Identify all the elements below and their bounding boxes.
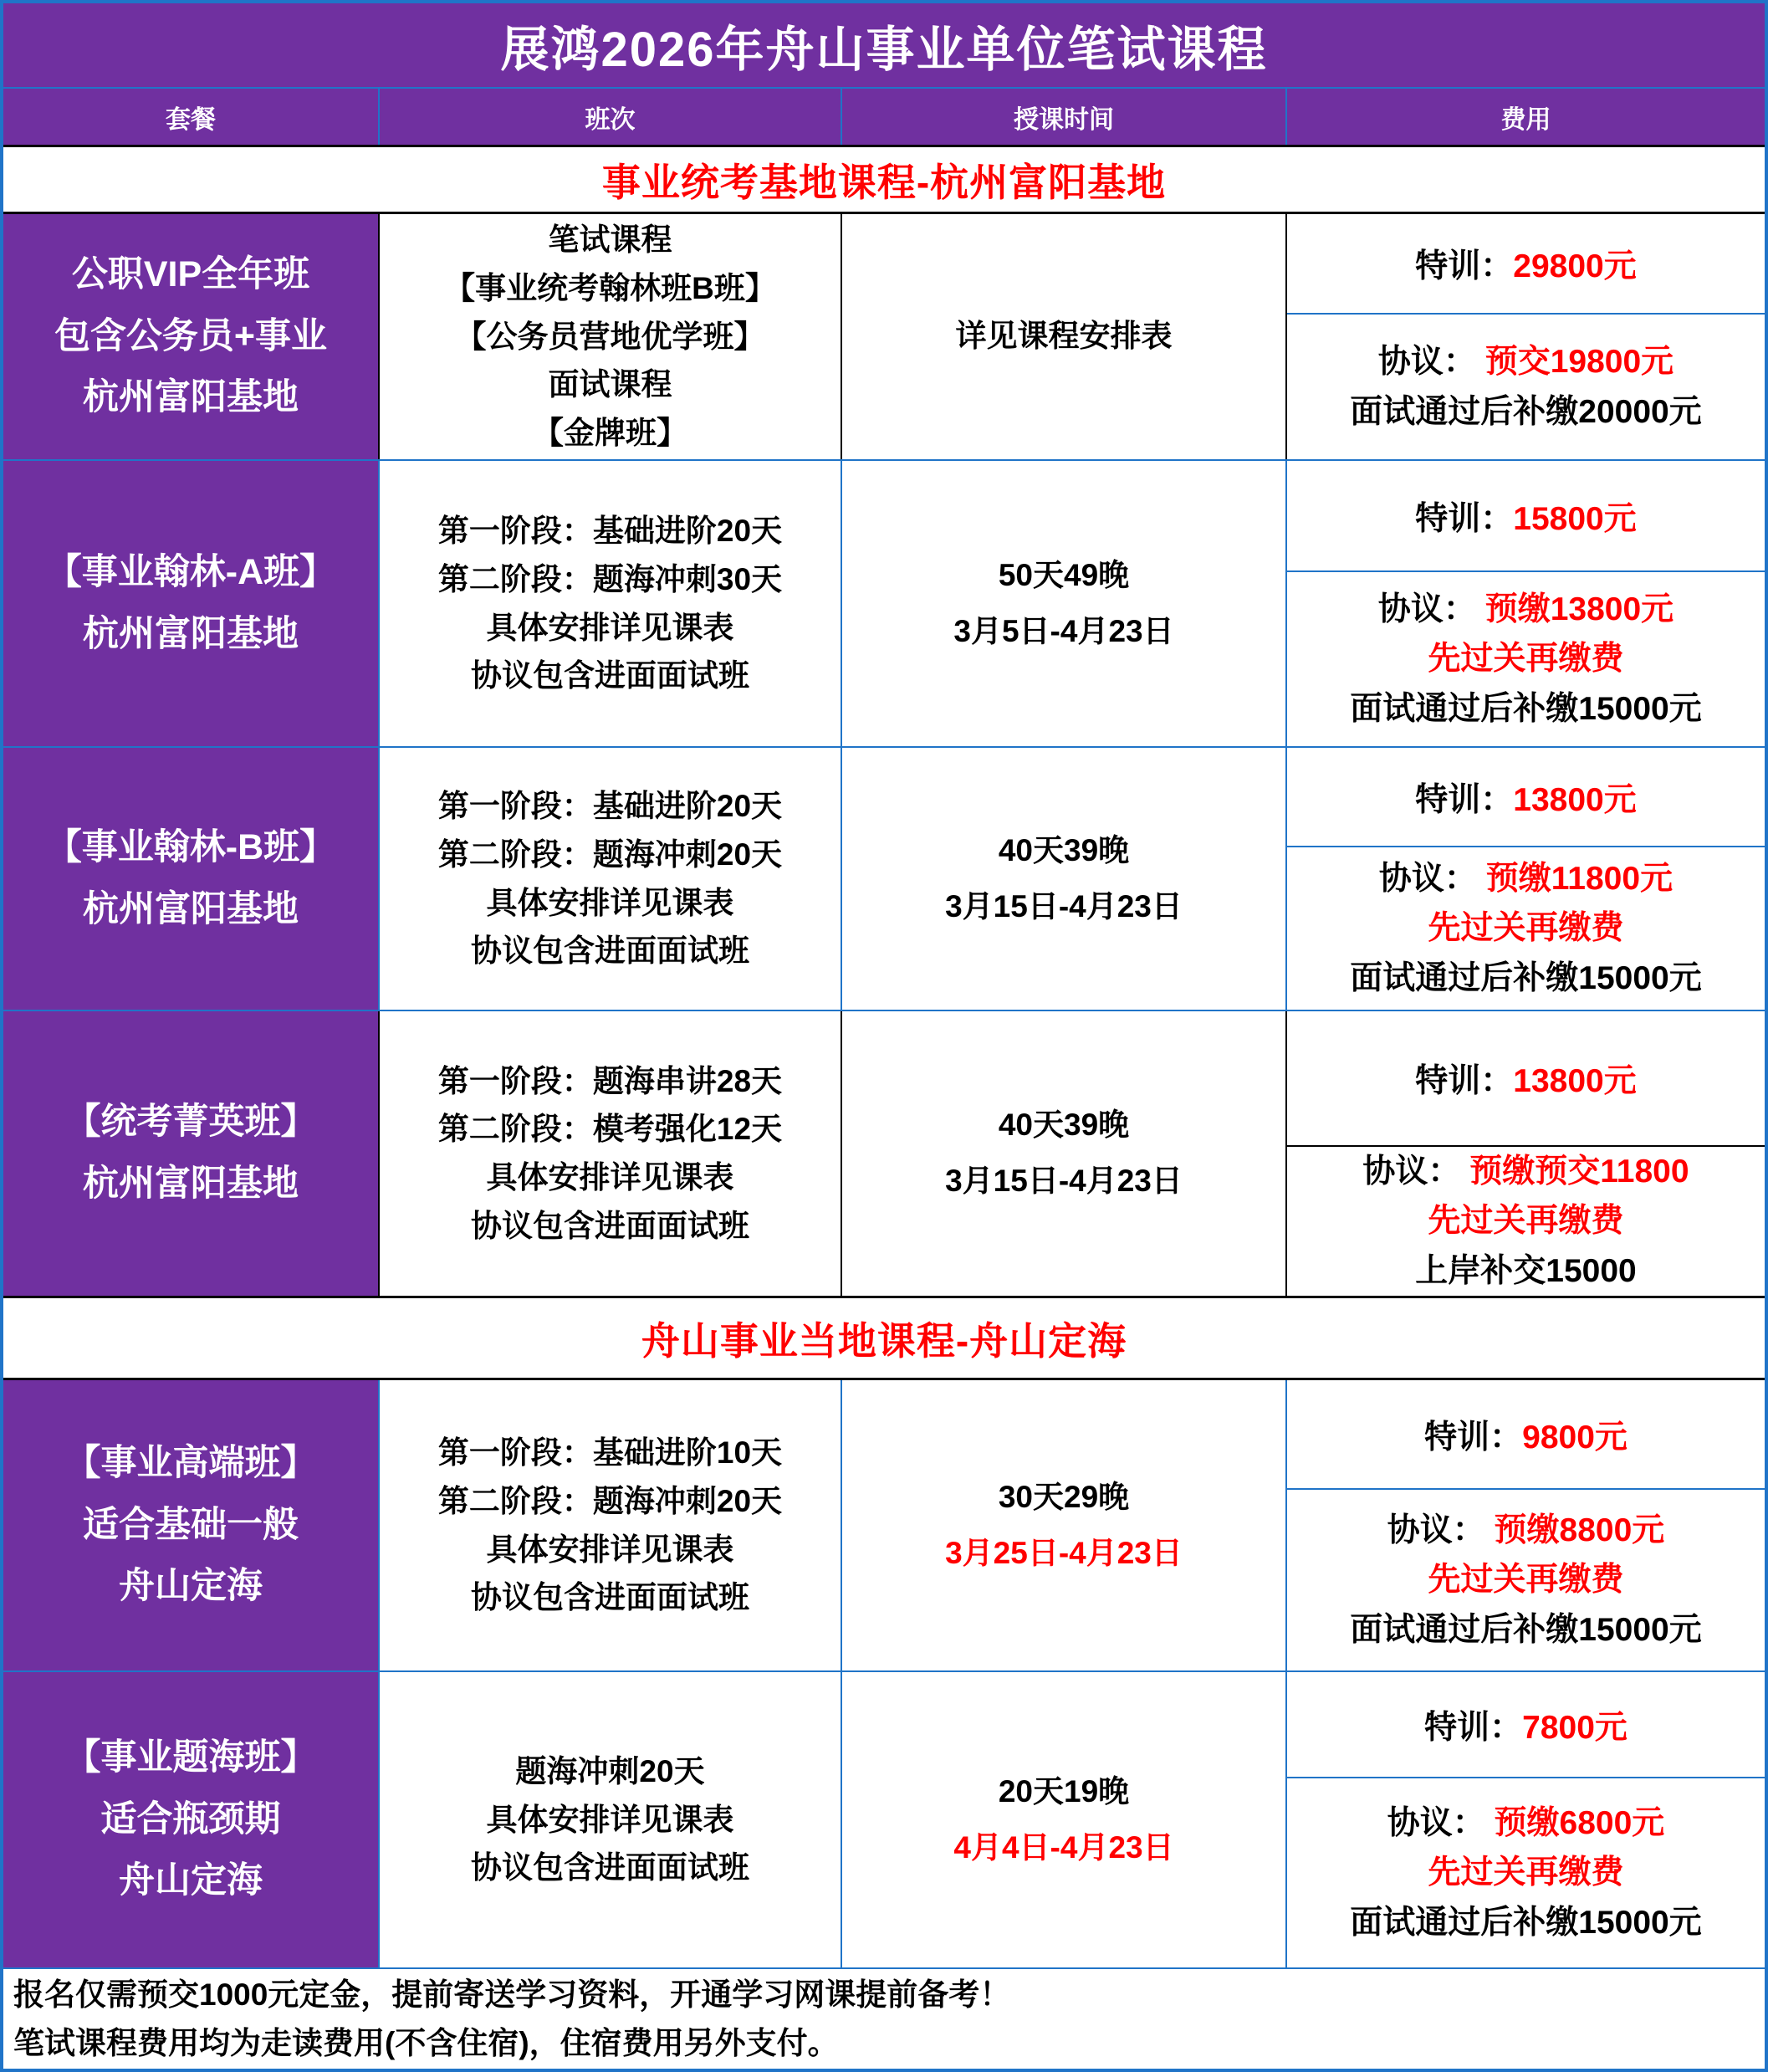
fee-agreement-label: 协议： xyxy=(1379,861,1477,897)
class-schedule-cell: 第一阶段：基础进阶20天 第二阶段：题海冲刺20天 具体安排详见课表 协议包含进… xyxy=(380,748,842,1010)
class-schedule-cell: 第一阶段：基础进阶10天 第二阶段：题海冲刺20天 具体安排详见课表 协议包含进… xyxy=(380,1380,842,1670)
fee-special-training: 特训： 13800元 xyxy=(1287,748,1765,847)
time-line: 3月5日-4月23日 xyxy=(953,604,1173,660)
package-line: 杭州富阳基地 xyxy=(83,367,299,429)
fee-agreement-line: 协议： 预缴8800元 xyxy=(1387,1506,1665,1555)
fee-agreement-note: 面试通过后补缴15000元 xyxy=(1350,684,1701,734)
package-line: 包含公务员+事业 xyxy=(54,306,327,368)
fee-cell: 特训： 7800元 协议： 预缴6800元 先过关再缴费 面试通过后补缴1500… xyxy=(1287,1672,1765,1967)
fee-agreement-label: 协议： xyxy=(1378,591,1476,627)
package-line: 公职VIP全年班 xyxy=(72,244,309,306)
fee-agreement-line: 协议： 预缴13800元 xyxy=(1378,585,1673,634)
time-line: 4月4日-4月23日 xyxy=(953,1820,1173,1876)
schedule-line: 协议包含进面面试班 xyxy=(471,1844,749,1892)
fee-agreement: 协议： 预缴13800元 先过关再缴费 面试通过后补缴15000元 xyxy=(1287,572,1765,746)
table-row-tihai: 【事业题海班】 适合瓶颈期 舟山定海 题海冲刺20天 具体安排详见课表 协议包含… xyxy=(3,1672,1765,1969)
package-line: 舟山定海 xyxy=(119,1850,263,1912)
fee-special-price: 29800元 xyxy=(1513,240,1636,287)
table-row-vip-annual: 公职VIP全年班 包含公务员+事业 杭州富阳基地 笔试课程 【事业统考翰林班B班… xyxy=(3,214,1765,461)
fee-agreement-note: 面试通过后补缴20000元 xyxy=(1350,387,1701,437)
schedule-line: 第一阶段：基础进阶20天 xyxy=(438,507,782,555)
schedule-line: 具体安排详见课表 xyxy=(487,879,734,928)
section-title-zhoushan-dinghai: 舟山事业当地课程-舟山定海 xyxy=(3,1298,1765,1380)
time-line: 3月15日-4月23日 xyxy=(945,1154,1183,1210)
fee-special-training: 特训： 7800元 xyxy=(1287,1672,1765,1778)
schedule-line: 具体安排详见课表 xyxy=(487,1796,734,1844)
time-cell: 30天29晚 3月25日-4月23日 xyxy=(842,1380,1287,1670)
fee-agreement-note: 面试通过后补缴15000元 xyxy=(1350,954,1701,1003)
fee-cell: 特训： 13800元 协议： 预缴预交11800 先过关再缴费 上岸补交1500… xyxy=(1287,1011,1765,1296)
time-line: 40天39晚 xyxy=(999,823,1129,879)
fee-special-label: 特训： xyxy=(1415,493,1513,540)
fee-cell: 特训： 29800元 协议： 预交19800元 面试通过后补缴20000元 xyxy=(1287,214,1765,459)
package-cell: 【事业高端班】 适合基础一般 舟山定海 xyxy=(3,1380,380,1670)
fee-agreement-price: 预缴11800元 xyxy=(1486,861,1673,897)
fee-agreement-price: 预缴6800元 xyxy=(1495,1805,1665,1841)
fee-special-training: 特训： 15800元 xyxy=(1287,461,1765,572)
fee-agreement-note-red: 先过关再缴费 xyxy=(1428,634,1623,683)
class-schedule-cell: 题海冲刺20天 具体安排详见课表 协议包含进面面试班 xyxy=(380,1672,842,1967)
schedule-line: 协议包含进面面试班 xyxy=(471,1202,749,1251)
package-line: 杭州富阳基地 xyxy=(83,879,299,941)
table-row-tongkao-jingying: 【统考菁英班】 杭州富阳基地 第一阶段：题海串讲28天 第二阶段：模考强化12天… xyxy=(3,1011,1765,1298)
schedule-line: 第一阶段：基础进阶20天 xyxy=(438,782,782,831)
package-line: 【事业翰林-A班】 xyxy=(46,542,335,604)
fee-agreement-line: 协议： 预缴11800元 xyxy=(1379,854,1673,903)
package-cell: 【统考菁英班】 杭州富阳基地 xyxy=(3,1011,380,1296)
fee-agreement-label: 协议： xyxy=(1387,1805,1485,1841)
fee-agreement-line: 协议： 预缴6800元 xyxy=(1387,1798,1665,1848)
table-title: 展鸿2026年舟山事业单位笔试课程 xyxy=(3,3,1765,89)
fee-agreement-label: 协议： xyxy=(1362,1154,1460,1189)
fee-agreement-price: 预缴8800元 xyxy=(1495,1512,1665,1548)
fee-special-price: 13800元 xyxy=(1513,1055,1636,1102)
fee-special-price: 15800元 xyxy=(1513,493,1636,540)
fee-special-label: 特训： xyxy=(1424,1411,1522,1458)
fee-agreement: 协议： 预交19800元 面试通过后补缴20000元 xyxy=(1287,315,1765,459)
package-line: 杭州富阳基地 xyxy=(83,604,299,666)
package-line: 适合瓶颈期 xyxy=(101,1789,281,1851)
schedule-line: 题海冲刺20天 xyxy=(515,1747,704,1796)
time-line: 详见课程安排表 xyxy=(956,309,1173,365)
fee-special-label: 特训： xyxy=(1424,1701,1522,1748)
schedule-line: 协议包含进面面试班 xyxy=(471,927,749,975)
package-line: 【事业翰林-B班】 xyxy=(46,817,335,879)
schedule-line: 具体安排详见课表 xyxy=(487,1526,734,1574)
package-line: 适合基础一般 xyxy=(83,1495,299,1557)
class-schedule-cell: 第一阶段：基础进阶20天 第二阶段：题海冲刺30天 具体安排详见课表 协议包含进… xyxy=(380,461,842,746)
package-cell: 公职VIP全年班 包含公务员+事业 杭州富阳基地 xyxy=(3,214,380,459)
fee-agreement-price: 预缴预交11800 xyxy=(1469,1154,1689,1189)
table-row-gaoduan: 【事业高端班】 适合基础一般 舟山定海 第一阶段：基础进阶10天 第二阶段：题海… xyxy=(3,1380,1765,1672)
column-header-time: 授课时间 xyxy=(842,89,1287,145)
time-line: 50天49晚 xyxy=(999,548,1129,604)
time-line: 3月25日-4月23日 xyxy=(945,1526,1183,1582)
column-header-class: 班次 xyxy=(380,89,842,145)
fee-agreement-line: 协议： 预交19800元 xyxy=(1378,337,1673,386)
schedule-line: 【金牌班】 xyxy=(533,409,687,458)
footer-notes: 报名仅需预交1000元定金，提前寄送学习资料，开通学习网课提前备考！ 笔试课程费… xyxy=(3,1969,1765,2069)
schedule-line: 笔试课程 xyxy=(549,216,672,264)
time-line: 30天29晚 xyxy=(999,1470,1129,1526)
class-schedule-cell: 第一阶段：题海串讲28天 第二阶段：模考强化12天 具体安排详见课表 协议包含进… xyxy=(380,1011,842,1296)
package-line: 【统考菁英班】 xyxy=(65,1092,317,1154)
time-cell: 20天19晚 4月4日-4月23日 xyxy=(842,1672,1287,1967)
fee-agreement-note-red: 先过关再缴费 xyxy=(1428,1196,1623,1246)
fee-agreement-note: 上岸补交15000 xyxy=(1415,1246,1636,1296)
time-line: 20天19晚 xyxy=(999,1764,1129,1820)
schedule-line: 第二阶段：模考强化12天 xyxy=(438,1105,782,1154)
schedule-line: 第一阶段：基础进阶10天 xyxy=(438,1429,782,1477)
fee-agreement: 协议： 预缴8800元 先过关再缴费 面试通过后补缴15000元 xyxy=(1287,1490,1765,1670)
footer-note-line: 笔试课程费用均为走读费用(不含住宿)，住宿费用另外支付。 xyxy=(13,2019,1765,2067)
fee-special-training: 特训： 13800元 xyxy=(1287,1011,1765,1147)
table-row-hanlin-a: 【事业翰林-A班】 杭州富阳基地 第一阶段：基础进阶20天 第二阶段：题海冲刺3… xyxy=(3,461,1765,748)
fee-agreement: 协议： 预缴11800元 先过关再缴费 面试通过后补缴15000元 xyxy=(1287,847,1765,1010)
package-cell: 【事业翰林-A班】 杭州富阳基地 xyxy=(3,461,380,746)
column-header-fee: 费用 xyxy=(1287,89,1765,145)
fee-agreement-note-red: 先过关再缴费 xyxy=(1428,1555,1623,1604)
schedule-line: 具体安排详见课表 xyxy=(487,604,734,652)
schedule-line: 第二阶段：题海冲刺20天 xyxy=(438,831,782,879)
fee-agreement-price: 预交19800元 xyxy=(1485,344,1673,380)
schedule-line: 第二阶段：题海冲刺30天 xyxy=(438,555,782,604)
fee-special-price: 9800元 xyxy=(1522,1411,1627,1458)
section-title-hangzhou-fuyang: 事业统考基地课程-杭州富阳基地 xyxy=(3,147,1765,214)
time-cell: 40天39晚 3月15日-4月23日 xyxy=(842,748,1287,1010)
fee-cell: 特训： 15800元 协议： 预缴13800元 先过关再缴费 面试通过后补缴15… xyxy=(1287,461,1765,746)
fee-special-label: 特训： xyxy=(1415,774,1513,821)
schedule-line: 协议包含进面面试班 xyxy=(471,1573,749,1622)
fee-agreement: 协议： 预缴预交11800 先过关再缴费 上岸补交15000 xyxy=(1287,1147,1765,1296)
time-line: 3月15日-4月23日 xyxy=(945,879,1183,935)
time-cell: 详见课程安排表 xyxy=(842,214,1287,459)
fee-special-label: 特训： xyxy=(1415,240,1513,287)
fee-agreement-price: 预缴13800元 xyxy=(1485,591,1673,627)
package-line: 杭州富阳基地 xyxy=(83,1154,299,1215)
footer-note-line: 报名仅需预交1000元定金，提前寄送学习资料，开通学习网课提前备考！ xyxy=(13,1971,1765,2018)
course-pricing-table: 展鸿2026年舟山事业单位笔试课程 套餐 班次 授课时间 费用 事业统考基地课程… xyxy=(0,0,1768,2072)
column-header-row: 套餐 班次 授课时间 费用 xyxy=(3,89,1765,147)
schedule-line: 具体安排详见课表 xyxy=(487,1154,734,1202)
fee-agreement-note-red: 先过关再缴费 xyxy=(1428,903,1623,953)
fee-agreement-note: 面试通过后补缴15000元 xyxy=(1350,1605,1701,1655)
schedule-line: 第二阶段：题海冲刺20天 xyxy=(438,1477,782,1526)
package-cell: 【事业翰林-B班】 杭州富阳基地 xyxy=(3,748,380,1010)
schedule-line: 【事业统考翰林班B班】 xyxy=(444,264,776,313)
fee-special-training: 特训： 29800元 xyxy=(1287,214,1765,315)
fee-agreement: 协议： 预缴6800元 先过关再缴费 面试通过后补缴15000元 xyxy=(1287,1778,1765,1967)
schedule-line: 第一阶段：题海串讲28天 xyxy=(438,1057,782,1106)
class-schedule-cell: 笔试课程 【事业统考翰林班B班】 【公务员营地优学班】 面试课程 【金牌班】 xyxy=(380,214,842,459)
schedule-line: 面试课程 xyxy=(549,361,672,409)
column-header-package: 套餐 xyxy=(3,89,380,145)
fee-cell: 特训： 9800元 协议： 预缴8800元 先过关再缴费 面试通过后补缴1500… xyxy=(1287,1380,1765,1670)
package-line: 舟山定海 xyxy=(119,1556,263,1618)
time-cell: 40天39晚 3月15日-4月23日 xyxy=(842,1011,1287,1296)
package-line: 【事业题海班】 xyxy=(65,1727,317,1789)
fee-agreement-label: 协议： xyxy=(1387,1512,1485,1548)
package-line: 【事业高端班】 xyxy=(65,1433,317,1495)
fee-special-price: 7800元 xyxy=(1522,1701,1627,1748)
time-line: 40天39晚 xyxy=(999,1097,1129,1154)
schedule-line: 【公务员营地优学班】 xyxy=(456,313,765,361)
schedule-line: 协议包含进面面试班 xyxy=(471,652,749,700)
fee-agreement-note-red: 先过关再缴费 xyxy=(1428,1848,1623,1897)
time-cell: 50天49晚 3月5日-4月23日 xyxy=(842,461,1287,746)
fee-special-price: 13800元 xyxy=(1513,774,1636,821)
package-cell: 【事业题海班】 适合瓶颈期 舟山定海 xyxy=(3,1672,380,1967)
fee-agreement-note: 面试通过后补缴15000元 xyxy=(1350,1898,1701,1947)
fee-agreement-line: 协议： 预缴预交11800 xyxy=(1362,1147,1689,1196)
fee-cell: 特训： 13800元 协议： 预缴11800元 先过关再缴费 面试通过后补缴15… xyxy=(1287,748,1765,1010)
fee-special-training: 特训： 9800元 xyxy=(1287,1380,1765,1490)
table-row-hanlin-b: 【事业翰林-B班】 杭州富阳基地 第一阶段：基础进阶20天 第二阶段：题海冲刺2… xyxy=(3,748,1765,1011)
fee-special-label: 特训： xyxy=(1415,1055,1513,1102)
fee-agreement-label: 协议： xyxy=(1378,344,1476,380)
